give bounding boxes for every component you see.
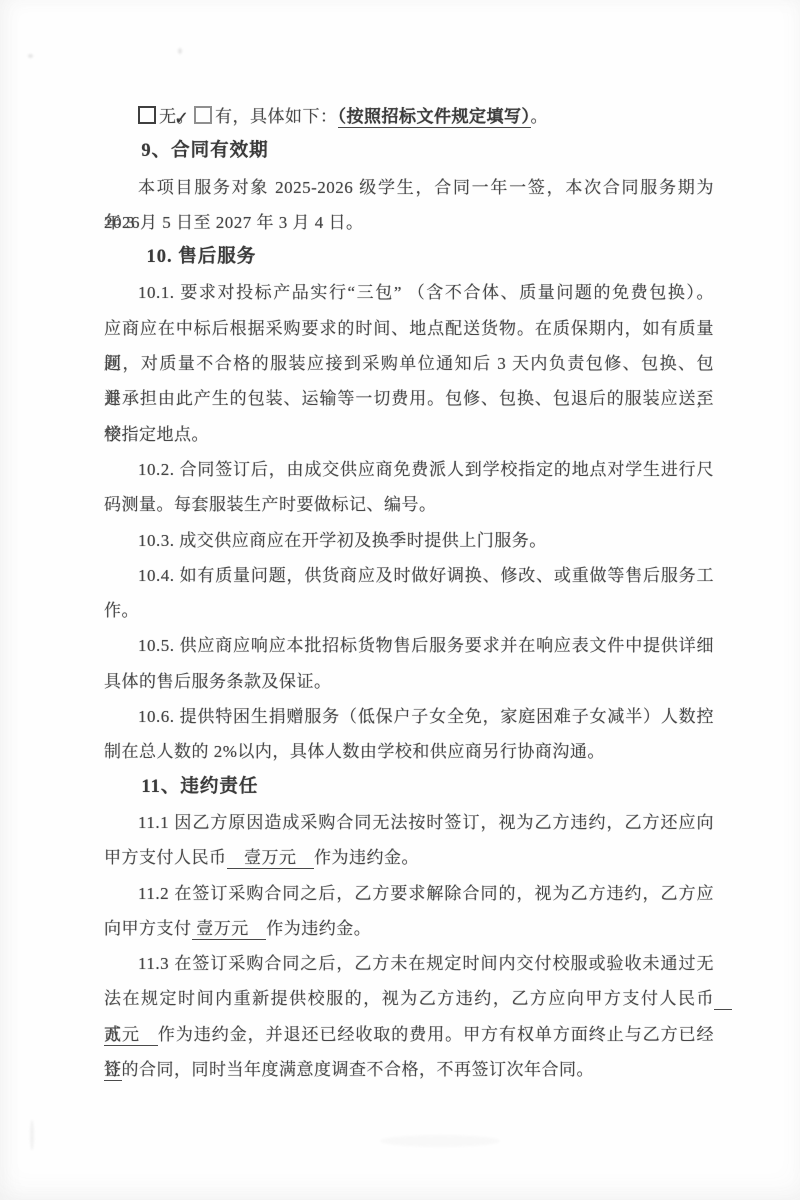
text-segment: 作为违约金。 [314,848,419,867]
document-body: 无。有，具体如下：（按照招标文件规定填写）。9、合同有效期本项目服务对象 202… [104,99,714,1087]
document-line: 11.3 在签订采购合同之后，乙方未在规定时间内交付校服或验收未通过无 [104,946,714,981]
text-segment: 万元 [104,1025,158,1046]
text-segment: 10.1. 要求对投标产品实行“三包” （含不合体、质量问题的免费包换）。 [138,283,714,302]
document-line: 10.3. 成交供应商应在开学初及换季时提供上门服务。 [104,523,714,558]
document-line: 11.1 因乙方原因造成采购合同无法按时签订，视为乙方违约，乙方还应向 [104,805,714,840]
text-segment: 10. 售后服务 [147,247,257,267]
scan-speck [30,1120,34,1150]
section-heading: 11、违约责任 [104,770,714,805]
text-segment: 有，具体如下： [215,107,338,126]
document-line: 应商应在中标后根据采购要求的时间、地点配送货物。在质保期内，如有质量问 [104,311,714,346]
text-segment: 向甲方支付 [104,919,192,938]
text-segment: 作为违约金。 [266,919,371,938]
text-segment: 10.2. 合同签订后，由成交供应商免费派人到学校指定的地点对学生进行尺 [138,460,714,479]
scan-speck [178,48,182,54]
document-line: 具体的售后服务条款及保证。 [104,664,714,699]
document-line: 甲方支付人民币 壹万元 作为违约金。 [104,840,714,875]
scan-speck [28,54,33,58]
text-segment: 法在规定时间内重新提供校服的，视为乙方违约，乙方应向甲方支付人民币 [104,989,714,1008]
document-line: 向甲方支付 壹万元 作为违约金。 [104,911,714,946]
text-segment: 甲方支付人民币 [104,848,227,867]
text-segment: 制在总人数的 2%以内，具体人数由学校和供应商另行协商沟通。 [104,742,605,761]
section-heading: 9、合同有效期 [104,134,714,169]
document-line: 万元 作为违约金，并退还已经收取的费用。甲方有权单方面终止与乙方已经签 [104,1017,714,1052]
document-line: 法在规定时间内重新提供校服的，视为乙方违约，乙方应向甲方支付人民币 贰 [104,981,714,1016]
text-segment: 作。 [104,601,139,620]
text-segment: 。 [531,107,549,126]
text-segment: 10.6. 提供特困生捐赠服务（低保户子女全免，家庭困难子女减半）人数控 [138,707,714,726]
text-segment: 具体的售后服务条款及保证。 [104,672,332,691]
text-segment: （按照招标文件规定填写） [338,107,531,128]
section-heading: 10. 售后服务 [104,240,714,275]
document-line: 10.1. 要求对投标产品实行“三包” （含不合体、质量问题的免费包换）。 [104,275,714,310]
document-line: 校指定地点。 [104,417,714,452]
document-line: 无。有，具体如下：（按照招标文件规定填写）。 [104,99,714,134]
document-line: 订的合同，同时当年度满意度调查不合格，不再签订次年合同。 [104,1052,714,1087]
text-segment: 订的合同，同时当年度满意度调查不合格，不再签订次年合同。 [104,1060,594,1079]
text-segment: 11.1 因乙方原因造成采购合同无法按时签订，视为乙方违约，乙方还应向 [138,813,714,832]
document-line: 码测量。每套服装生产时要做标记、编号。 [104,487,714,522]
text-segment: 校指定地点。 [104,425,209,444]
document-line: 并承担由此产生的包装、运输等一切费用。包修、包换、包退后的服装应送至学 [104,381,714,416]
document-line: 10.2. 合同签订后，由成交供应商免费派人到学校指定的地点对学生进行尺 [104,452,714,487]
text-segment: 壹万元 [192,919,267,940]
text-segment: 9、合同有效期 [141,141,268,161]
document-line: 10.5. 供应商应响应本批招标货物售后服务要求并在响应表文件中提供详细 [104,628,714,663]
text-segment: 11.3 在签订采购合同之后，乙方未在规定时间内交付校服或验收未通过无 [138,954,714,973]
contract-page: 无。有，具体如下：（按照招标文件规定填写）。9、合同有效期本项目服务对象 202… [0,0,800,1200]
text-segment: 10.4. 如有质量问题，供货商应及时做好调换、修改、或重做等售后服务工 [138,566,714,585]
document-line: 年 3 月 5 日至 2027 年 3 月 4 日。 [104,205,714,240]
text-segment: 10.3. 成交供应商应在开学初及换季时提供上门服务。 [138,531,547,550]
text-segment: 年 3 月 5 日至 2027 年 3 月 4 日。 [104,213,364,232]
scan-smudge [380,1135,500,1147]
text-segment: 11、违约责任 [141,777,258,797]
document-line: 10.6. 提供特困生捐赠服务（低保户子女全免，家庭困难子女减半）人数控 [104,699,714,734]
document-line: 题，对质量不合格的服装应接到采购单位通知后 3 天内负责包修、包换、包退， [104,346,714,381]
text-segment: 11.2 在签订采购合同之后，乙方要求解除合同的，视为乙方违约，乙方应 [138,884,714,903]
empty-checkbox-icon [194,106,212,124]
text-segment: 壹万元 [227,848,315,869]
document-line: 制在总人数的 2%以内，具体人数由学校和供应商另行协商沟通。 [104,734,714,769]
document-line: 11.2 在签订采购合同之后，乙方要求解除合同的，视为乙方违约，乙方应 [104,876,714,911]
document-line: 10.4. 如有质量问题，供货商应及时做好调换、修改、或重做等售后服务工 [104,558,714,593]
document-line: 本项目服务对象 2025-2026 级学生，合同一年一签，本次合同服务期为 20… [104,170,714,205]
text-segment: 作为违约金，并退还已经收取的费用。甲方有权单方面终止与乙方已经 [158,1025,714,1044]
text-segment: 码测量。每套服装生产时要做标记、编号。 [104,495,437,514]
text-segment: 10.5. 供应商应响应本批招标货物售后服务要求并在响应表文件中提供详细 [138,636,714,655]
document-line: 作。 [104,593,714,628]
checked-checkbox-icon [138,106,156,124]
